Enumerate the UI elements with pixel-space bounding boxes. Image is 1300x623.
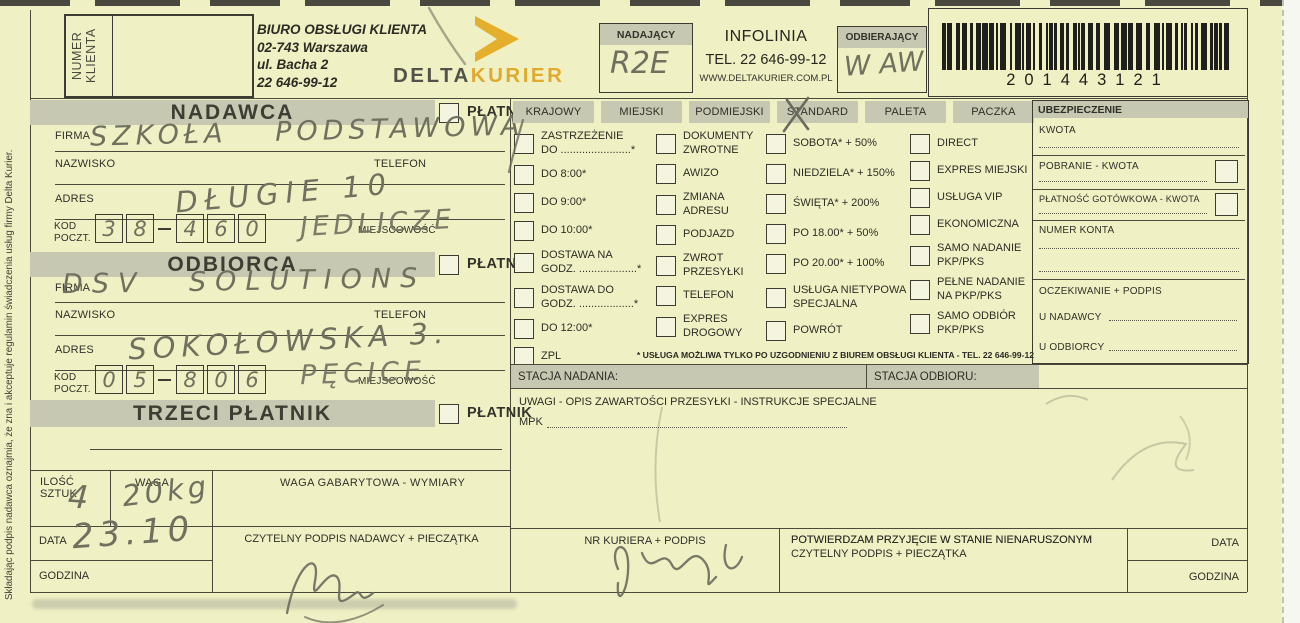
- service-chip-miejski[interactable]: MIEJSKI: [601, 101, 682, 123]
- recipient-kod-box[interactable]: 6: [238, 365, 266, 394]
- option-row: SAMO ODBIÓR PKP/PKS: [910, 310, 1036, 337]
- divider: [112, 16, 113, 96]
- option-label: EXPRES DROGOWY: [683, 313, 742, 340]
- option-row: DOSTAWA NA GODZ. ...................*: [514, 249, 656, 276]
- recipient-adres-label: ADRES: [55, 344, 94, 356]
- data-handwriting: 23.10: [71, 509, 196, 557]
- option-label: PO 20.00* + 100%: [793, 257, 884, 271]
- infolinia-block: INFOLINIA TEL. 22 646-99-12 WWW.DELTAKUR…: [697, 28, 835, 84]
- sender-nazwisko-label: NAZWISKO: [55, 158, 115, 170]
- divider: [212, 471, 213, 526]
- checkbox[interactable]: [766, 224, 786, 244]
- option-label: PO 18.00* + 50%: [793, 227, 878, 241]
- kod-digit: 0: [214, 368, 227, 392]
- option-label: EXPRES MIEJSKI: [937, 164, 1027, 178]
- option-label: PODJAZD: [683, 228, 734, 242]
- option-row: EXPRES DROGOWY: [656, 313, 764, 340]
- sender-signature: [265, 533, 415, 621]
- kod-digit: 0: [102, 368, 115, 392]
- odbierajacy-label: ODBIERAJĄCY: [838, 27, 926, 48]
- checkbox[interactable]: [656, 317, 676, 337]
- barcode-box: 201443121: [928, 8, 1248, 97]
- kod-dash: [158, 379, 171, 381]
- right-godzina-label: GODZINA: [1127, 571, 1239, 583]
- kod-digit: 8: [133, 217, 146, 241]
- option-row: ŚWIĘTA* + 200%: [766, 194, 912, 214]
- kod-digit: 8: [183, 368, 196, 392]
- stations-row: STACJA NADANIA: STACJA ODBIORU:: [511, 364, 1247, 389]
- option-row: DO 8:00*: [514, 165, 656, 185]
- infolinia-phone: TEL. 22 646-99-12: [697, 52, 835, 68]
- checkbox[interactable]: [766, 134, 786, 154]
- insurance-title: UBEZPIECZENIE: [1033, 101, 1248, 118]
- checkbox[interactable]: [656, 134, 676, 154]
- service-chip-paczka[interactable]: PACZKA: [953, 101, 1034, 123]
- stacja-odbioru-label: STACJA ODBIORU:: [867, 365, 1039, 388]
- ilosc-handwriting: 4: [67, 477, 90, 516]
- asterisk-footnote: * USŁUGA MOŻLIWA TYLKO PO UZGODNIENIU Z …: [630, 350, 1034, 360]
- divider: [30, 560, 212, 561]
- checkbox[interactable]: [656, 225, 676, 245]
- kwota-label: KWOTA: [1039, 125, 1076, 136]
- option-row: TELEFON: [656, 286, 764, 306]
- option-row: USŁUGA VIP: [910, 188, 1036, 208]
- option-row: DIRECT: [910, 134, 1036, 154]
- option-label: USŁUGA NIETYPOWA SPECJALNA: [793, 284, 906, 311]
- konta-fill-line-1[interactable]: [1039, 248, 1239, 249]
- divider: [779, 529, 780, 593]
- oczekiwanie-label: OCZEKIWANIE + PODPIS: [1039, 286, 1162, 297]
- sender-kod-box[interactable]: 8: [126, 214, 154, 243]
- option-label: DOSTAWA NA GODZ. ...................*: [541, 249, 641, 276]
- infolinia-title: INFOLINIA: [697, 28, 835, 46]
- option-label: ZMIANA ADRESU: [683, 191, 729, 218]
- option-label: TELEFON: [683, 289, 734, 303]
- godzina-label: GODZINA: [39, 570, 89, 582]
- recipient-miejscowosc-handwriting: PĘCICE: [299, 356, 426, 391]
- barcode-number: 201443121: [929, 71, 1247, 90]
- option-label: USŁUGA VIP: [937, 191, 1002, 205]
- data-label: DATA: [39, 535, 67, 547]
- option-row: ZMIANA ADRESU: [656, 191, 764, 218]
- u-odbiorcy-label: U ODBIORCY: [1039, 342, 1104, 353]
- option-label: DO 10:00*: [541, 224, 592, 238]
- uwagi-header: UWAGI - OPIS ZAWARTOŚCI PRZESYŁKI - INST…: [519, 396, 877, 408]
- recipient-kod-box[interactable]: 0: [207, 365, 235, 394]
- option-row: EXPRES MIEJSKI: [910, 161, 1036, 181]
- option-row: USŁUGA NIETYPOWA SPECJALNA: [766, 284, 912, 311]
- divider: [30, 98, 1247, 99]
- u-nadawcy-label: U NADAWCY: [1039, 312, 1102, 323]
- pen-stroke: [425, 6, 469, 68]
- right-data-label: DATA: [1127, 537, 1239, 549]
- mpk-fill-line[interactable]: [547, 427, 847, 428]
- option-row: NIEDZIELA* + 150%: [766, 164, 912, 184]
- checkbox[interactable]: [656, 256, 676, 276]
- checkbox[interactable]: [766, 288, 786, 308]
- option-label: AWIZO: [683, 167, 719, 181]
- option-label: ZWROT PRZESYŁKI: [683, 252, 744, 279]
- checkbox[interactable]: [656, 286, 676, 306]
- scan-right-edge: [1282, 0, 1300, 623]
- option-label: SAMO NADANIE PKP/PKS: [937, 242, 1021, 269]
- option-label: EKONOMICZNA: [937, 218, 1019, 232]
- courier-signature: [592, 523, 767, 618]
- divider: [1033, 220, 1245, 221]
- checkbox[interactable]: [514, 288, 534, 308]
- divider: [1033, 155, 1245, 156]
- divider: [1033, 189, 1245, 190]
- kod-digit: 5: [133, 368, 146, 392]
- kod-digit: 3: [102, 217, 115, 241]
- checkbox[interactable]: [514, 221, 534, 241]
- third-payer-platnik-checkbox[interactable]: [439, 404, 459, 424]
- option-row: SOBOTA* + 50%: [766, 134, 912, 154]
- option-label: ZASTRZEŻENIE DO .......................*: [541, 130, 635, 157]
- konta-fill-line-2[interactable]: [1039, 271, 1239, 272]
- recipient-platnik-checkbox[interactable]: [439, 255, 459, 275]
- nadajacy-label: NADAJĄCY: [600, 24, 692, 45]
- kod-digit: 0: [245, 217, 258, 241]
- kod-digit: 6: [245, 368, 258, 392]
- numer-konta-label: NUMER KONTA: [1039, 225, 1114, 236]
- kwota-fill-line[interactable]: [1039, 147, 1239, 148]
- side-legal-note: Składając podpis nadawca oznajmia, że zn…: [4, 105, 15, 600]
- option-label: DO 12:00*: [541, 322, 592, 336]
- checkbox[interactable]: [910, 188, 930, 208]
- third-payer-section-header: TRZECI PŁATNIK PŁATNIK: [30, 400, 510, 427]
- waga-gabarytowa-label: WAGA GABARYTOWA - WYMIARY: [280, 477, 465, 489]
- option-label: SOBOTA* + 50%: [793, 137, 877, 151]
- odbierajacy-handwriting: W AW: [843, 46, 925, 83]
- client-number-field[interactable]: [116, 16, 252, 96]
- checkbox[interactable]: [910, 314, 930, 334]
- delta-kurier-logo: DELTAKURIER: [393, 12, 598, 90]
- checkbox[interactable]: [766, 254, 786, 274]
- option-label: SAMO ODBIÓR PKP/PKS: [937, 310, 1016, 337]
- kod-digit: 6: [214, 217, 227, 241]
- scan-top-edge: [0, 0, 1300, 6]
- sender-kod-box[interactable]: 4: [176, 214, 204, 243]
- recipient-firma-line[interactable]: [55, 302, 505, 303]
- sender-kod-box[interactable]: 0: [238, 214, 266, 243]
- option-row: AWIZO: [656, 164, 764, 184]
- service-type-row: KRAJOWY MIEJSKI PODMIEJSKI STANDARD PALE…: [513, 101, 1034, 123]
- sender-kod-label: KOD POCZT.: [54, 221, 91, 245]
- option-row: ZASTRZEŻENIE DO .......................*: [514, 130, 656, 157]
- infolinia-website: WWW.DELTAKURIER.COM.PL: [697, 73, 835, 84]
- option-label: ZPL: [541, 350, 561, 364]
- checkbox[interactable]: [514, 319, 534, 339]
- option-label: DO 9:00*: [541, 196, 586, 210]
- options-column-2: DOKUMENTY ZWROTNE AWIZO ZMIANA ADRESU PO…: [656, 130, 764, 340]
- confirmation-title: POTWIERDZAM PRZYJĘCIE W STANIE NIENARUSZ…: [791, 533, 1121, 547]
- option-row: PEŁNE NADANIE NA PKP/PKS: [910, 276, 1036, 303]
- sender-firma-line[interactable]: [55, 151, 505, 152]
- pencil-smudge: [640, 402, 680, 527]
- service-chip-podmiejski[interactable]: PODMIEJSKI: [689, 101, 770, 123]
- options-column-3: SOBOTA* + 50% NIEDZIELA* + 150% ŚWIĘTA* …: [766, 134, 912, 341]
- options-column-4: DIRECT EXPRES MIEJSKI USŁUGA VIP EKONOMI…: [910, 134, 1036, 337]
- recipient-nazwisko-label: NAZWISKO: [55, 309, 115, 321]
- sender-miejscowosc-handwriting: JEDLICZE: [299, 204, 456, 243]
- service-chip-paleta[interactable]: PALETA: [865, 101, 946, 123]
- checkbox[interactable]: [910, 215, 930, 235]
- option-row: SAMO NADANIE PKP/PKS: [910, 242, 1036, 269]
- logo-text-kurier: KURIER: [471, 64, 565, 87]
- sender-kod-box[interactable]: 3: [95, 214, 123, 243]
- pencil-smudge: [1030, 388, 1250, 518]
- service-x-mark: [782, 95, 812, 133]
- option-row: PODJAZD: [656, 225, 764, 245]
- checkbox[interactable]: [910, 280, 930, 300]
- pobranie-checkbox[interactable]: [1215, 160, 1238, 183]
- sender-kod-box[interactable]: 6: [207, 214, 235, 243]
- sender-firma-label: FIRMA: [55, 130, 90, 142]
- recipient-kod-label: KOD POCZT.: [54, 372, 91, 396]
- option-label: POWRÓT: [793, 324, 843, 338]
- checkbox[interactable]: [656, 195, 676, 215]
- recipient-firma-handwriting: DSV SOLUTIONS: [62, 263, 427, 300]
- pobranie-label: POBRANIE - KWOTA: [1039, 161, 1139, 172]
- checkbox[interactable]: [910, 134, 930, 154]
- confirmation-subtitle: CZYTELNY PODPIS + PIECZĄTKA: [791, 547, 1121, 561]
- client-number-box: NUMER KLIENTA: [64, 14, 254, 98]
- sender-adres-label: ADRES: [55, 193, 94, 205]
- kod-digit: 4: [183, 217, 196, 241]
- checkbox[interactable]: [910, 246, 930, 266]
- option-label: DOSTAWA DO GODZ. ..................*: [541, 284, 638, 311]
- option-label: DO 8:00*: [541, 168, 586, 182]
- option-row: POWRÓT: [766, 321, 912, 341]
- option-row: DOSTAWA DO GODZ. ..................*: [514, 284, 656, 311]
- option-label: ŚWIĘTA* + 200%: [793, 197, 879, 211]
- divider: [1127, 560, 1247, 561]
- u-odbiorcy-fill-line[interactable]: [1109, 350, 1237, 351]
- option-label: DIRECT: [937, 137, 978, 151]
- waybill-scan: Składając podpis nadawca oznajmia, że zn…: [0, 0, 1300, 623]
- checkbox[interactable]: [514, 193, 534, 213]
- option-row: EKONOMICZNA: [910, 215, 1036, 235]
- recipient-kod-box[interactable]: 8: [176, 365, 204, 394]
- checkbox[interactable]: [766, 194, 786, 214]
- checkbox[interactable]: [766, 321, 786, 341]
- options-column-1: ZASTRZEŻENIE DO .......................*…: [514, 130, 656, 367]
- pen-stroke: [503, 116, 529, 176]
- platnosc-fill-line[interactable]: [1039, 213, 1207, 214]
- u-nadawcy-fill-line[interactable]: [1109, 320, 1237, 321]
- option-row: PO 18.00* + 50%: [766, 224, 912, 244]
- checkbox[interactable]: [766, 164, 786, 184]
- stacja-nadania-label: STACJA NADANIA:: [511, 365, 867, 388]
- option-label: DOKUMENTY ZWROTNE: [683, 130, 753, 157]
- option-row: ZWROT PRZESYŁKI: [656, 252, 764, 279]
- recipient-kod-box[interactable]: 5: [126, 365, 154, 394]
- platnosc-checkbox[interactable]: [1215, 193, 1238, 216]
- odbierajacy-box: ODBIERAJĄCY W AW: [837, 26, 927, 93]
- checkbox[interactable]: [910, 161, 930, 181]
- divider: [1033, 279, 1245, 280]
- logo-arrow-icon: [465, 16, 523, 62]
- option-row: DO 10:00*: [514, 221, 656, 241]
- option-label: PEŁNE NADANIE NA PKP/PKS: [937, 276, 1025, 303]
- option-row: DO 9:00*: [514, 193, 656, 213]
- option-row: DOKUMENTY ZWROTNE: [656, 130, 764, 157]
- recipient-kod-box[interactable]: 0: [95, 365, 123, 394]
- option-label: NIEDZIELA* + 150%: [793, 167, 895, 181]
- third-payer-line[interactable]: [90, 449, 502, 450]
- kod-dash: [158, 228, 171, 230]
- nadajacy-handwriting: R2E: [610, 46, 669, 81]
- option-row: DO 12:00*: [514, 319, 656, 339]
- platnosc-gotowkowa-label: PŁATNOŚĆ GOTÓWKOWA - KWOTA: [1039, 194, 1200, 204]
- client-number-label: NUMER KLIENTA: [70, 20, 110, 92]
- checkbox[interactable]: [514, 253, 534, 273]
- pobranie-fill-line[interactable]: [1039, 181, 1207, 182]
- option-row: PO 20.00* + 100%: [766, 254, 912, 274]
- insurance-panel: UBEZPIECZENIE KWOTA POBRANIE - KWOTA PŁA…: [1032, 100, 1249, 364]
- third-payer-title: TRZECI PŁATNIK: [30, 400, 435, 427]
- checkbox[interactable]: [656, 164, 676, 184]
- barcode-bars: [942, 23, 1234, 70]
- mpk-label: MPK: [519, 416, 543, 428]
- nadajacy-box: NADAJĄCY R2E: [599, 23, 693, 93]
